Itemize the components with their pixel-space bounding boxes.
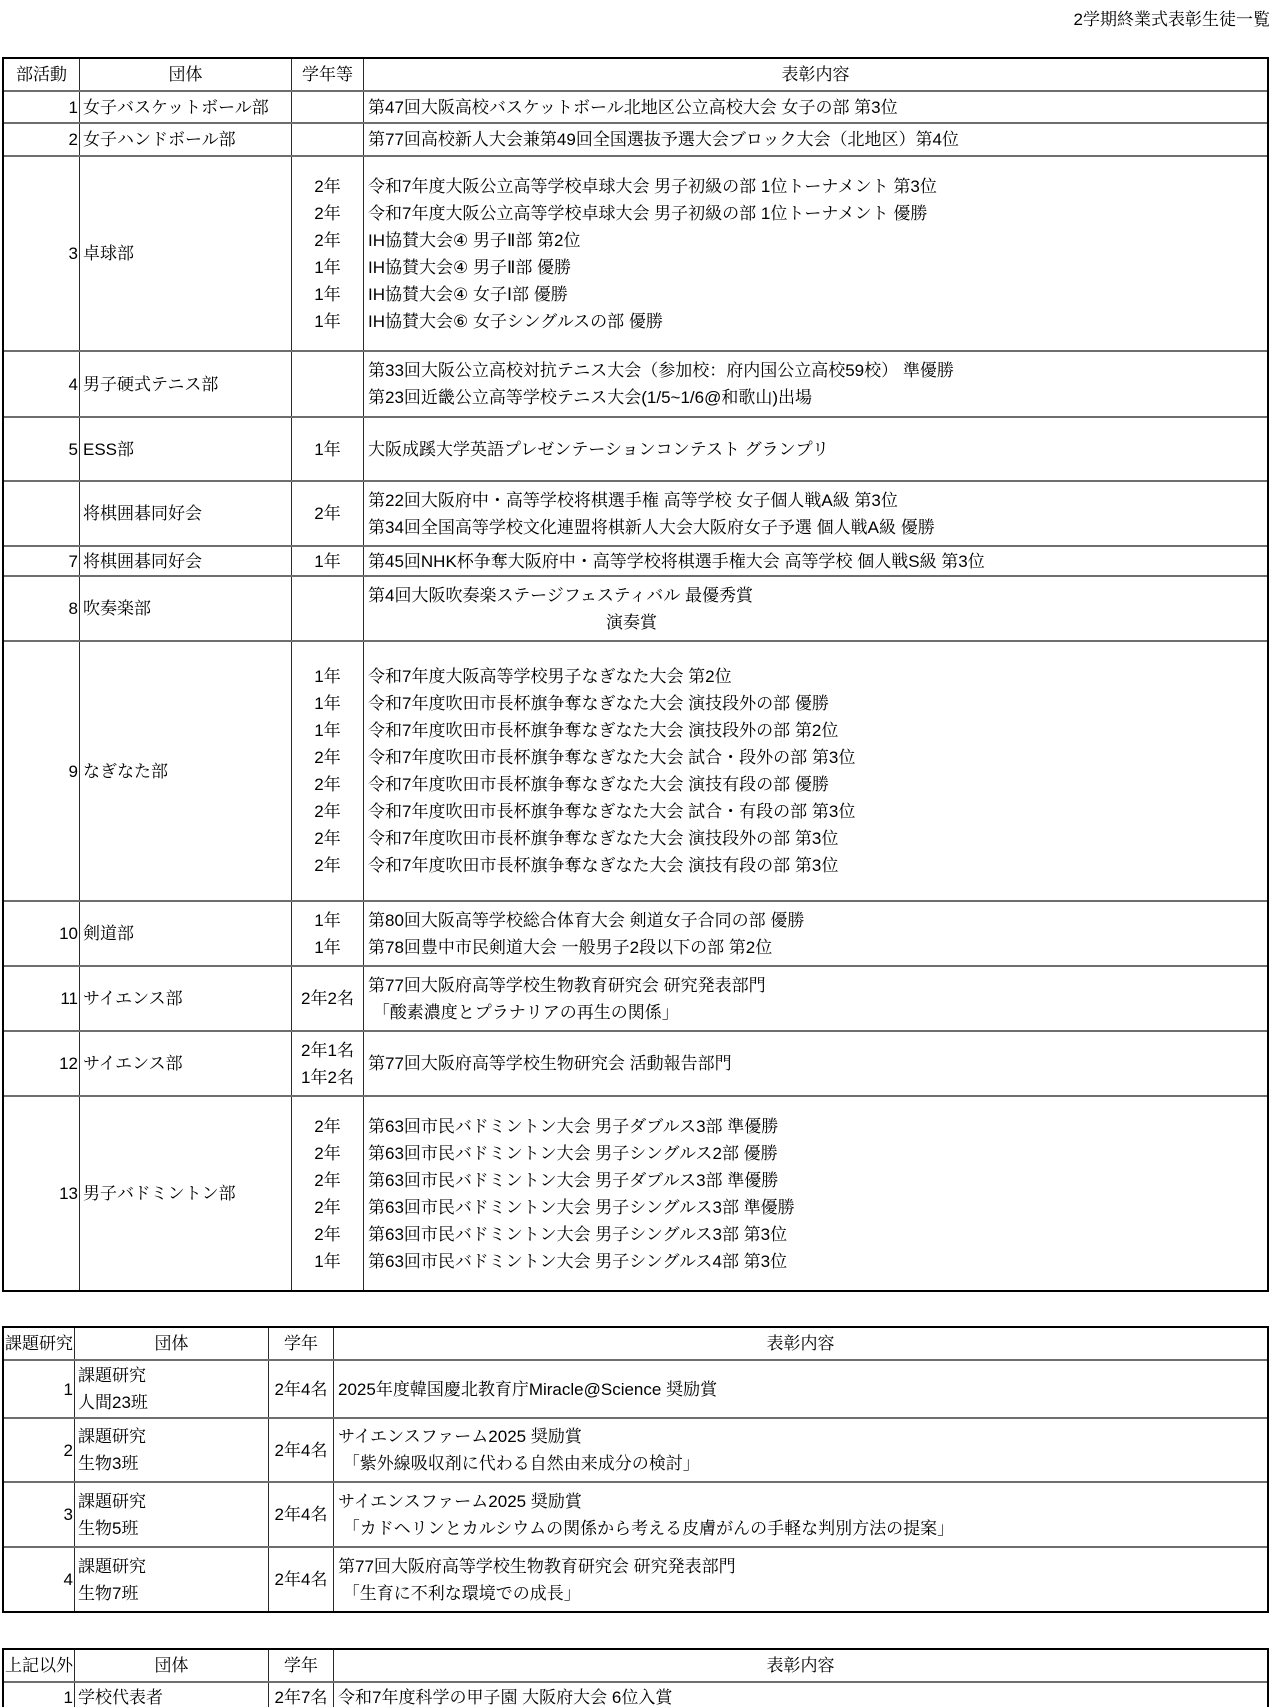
content-cell: 第33回大阪公立高校対抗テニス大会（参加校：府内国公立高校59校） 準優勝第23… — [363, 352, 1267, 416]
content-cell: 令和7年度大阪高等学校男子なぎなた大会 第2位令和7年度吹田市長杯旗争奪なぎなた… — [363, 642, 1267, 900]
grade-cell: 1年1年1年2年2年2年2年2年 — [291, 642, 363, 900]
table-row: 4課題研究生物7班2年4名第77回大阪府高等学校生物教育研究会 研究発表部門 「… — [4, 1546, 1267, 1611]
grade-cell — [291, 124, 363, 155]
content-line: 「生育に不利な環境での成長」 — [338, 1580, 581, 1607]
row-number-cell: 12 — [4, 1032, 79, 1095]
content-cell: 第22回大阪府中・高等学校将棋選手権 高等学校 女子個人戦A級 第3位第34回全… — [363, 482, 1267, 545]
grade-line: 1年 — [314, 907, 340, 934]
grade-line: 2年2名 — [301, 985, 354, 1012]
grade-line: 1年 — [314, 934, 340, 961]
group-line: ESS部 — [83, 436, 134, 463]
content-line: 第63回市民バドミントン大会 男子シングルス2部 優勝 — [368, 1140, 778, 1167]
row-number: 10 — [59, 920, 78, 947]
row-number: 9 — [69, 758, 78, 785]
group-cell: 将棋囲碁同好会 — [79, 547, 291, 575]
row-number: 3 — [69, 240, 78, 267]
group-line: 人間23班 — [78, 1389, 148, 1416]
content-line: 演奏賞 — [368, 609, 657, 636]
table-row: 9なぎなた部1年1年1年2年2年2年2年2年令和7年度大阪高等学校男子なぎなた大… — [4, 640, 1267, 900]
column-header: 表彰内容 — [333, 1650, 1267, 1681]
group-cell: 課題研究人間23班 — [74, 1361, 268, 1417]
grade-line: 2年4名 — [275, 1376, 328, 1403]
table-row: 3卓球部2年2年2年1年1年1年令和7年度大阪公立高等学校卓球大会 男子初級の部… — [4, 155, 1267, 350]
content-line: 第63回市民バドミントン大会 男子ダブルス3部 準優勝 — [368, 1113, 778, 1140]
grade-line: 2年 — [314, 500, 340, 527]
header-row: 課題研究団体学年表彰内容 — [4, 1328, 1267, 1359]
content-line: IH協賛大会④ 男子Ⅱ部 優勝 — [368, 254, 571, 281]
grade-cell: 1年 — [291, 547, 363, 575]
row-number-cell: 3 — [4, 157, 79, 350]
content-cell: 第77回大阪府高等学校生物教育研究会 研究発表部門 「生育に不利な環境での成長」 — [333, 1548, 1267, 1611]
column-header: 表彰内容 — [333, 1328, 1267, 1359]
group-line: 生物5班 — [78, 1515, 138, 1542]
row-number-cell: 4 — [4, 1548, 74, 1611]
group-line: サイエンス部 — [83, 985, 183, 1012]
grade-line: 1年 — [314, 548, 340, 575]
content-cell: 2025年度韓国慶北教育庁Miracle@Science 奨励賞 — [333, 1361, 1267, 1417]
table-row: 13男子バドミントン部2年2年2年2年2年1年第63回市民バドミントン大会 男子… — [4, 1095, 1267, 1290]
content-cell: 第47回大阪高校バスケットボール北地区公立高校大会 女子の部 第3位 — [363, 92, 1267, 122]
group-cell: 課題研究生物7班 — [74, 1548, 268, 1611]
content-line: 第45回NHK杯争奪大阪府中・高等学校将棋選手権大会 高等学校 個人戦S級 第3… — [368, 548, 985, 575]
row-number-cell: 8 — [4, 577, 79, 640]
content-line: 大阪成蹊大学英語プレゼンテーションコンテスト グランプリ — [368, 436, 829, 463]
grade-line: 2年 — [314, 200, 340, 227]
row-number: 4 — [64, 1566, 73, 1593]
grade-cell — [291, 352, 363, 416]
group-cell: 学校代表者 — [74, 1683, 268, 1707]
table-row: 2課題研究生物3班2年4名サイエンスファーム2025 奨励賞 「紫外線吸収剤に代… — [4, 1417, 1267, 1481]
row-number-cell: 5 — [4, 418, 79, 480]
grade-cell: 2年2年2年2年2年1年 — [291, 1097, 363, 1290]
grade-cell: 2年2年2年1年1年1年 — [291, 157, 363, 350]
content-line: IH協賛大会④ 男子Ⅱ部 第2位 — [368, 227, 581, 254]
content-cell: 第45回NHK杯争奪大阪府中・高等学校将棋選手権大会 高等学校 個人戦S級 第3… — [363, 547, 1267, 575]
grade-line: 2年 — [314, 173, 340, 200]
row-number: 11 — [60, 985, 78, 1012]
content-line: 「紫外線吸収剤に代わる自然由来成分の検討」 — [338, 1450, 700, 1477]
group-line: 課題研究 — [78, 1488, 146, 1515]
content-cell: 第77回大阪府高等学校生物教育研究会 研究発表部門 「酸素濃度とプラナリアの再生… — [363, 967, 1267, 1030]
grade-line: 2年 — [314, 1113, 340, 1140]
content-line: 第63回市民バドミントン大会 男子シングルス4部 第3位 — [368, 1248, 787, 1275]
header-row: 上記以外団体学年表彰内容 — [4, 1650, 1267, 1681]
group-line: 学校代表者 — [78, 1684, 163, 1707]
group-line: 課題研究 — [78, 1362, 146, 1389]
content-line: 第23回近畿公立高等学校テニス大会(1/5~1/6@和歌山)出場 — [368, 384, 812, 411]
content-line: 第77回大阪府高等学校生物教育研究会 研究発表部門 — [338, 1553, 736, 1580]
grade-cell: 1年 — [291, 418, 363, 480]
row-number-cell — [4, 482, 79, 545]
grade-line: 2年 — [314, 744, 340, 771]
content-line: IH協賛大会⑥ 女子シングルスの部 優勝 — [368, 308, 663, 335]
content-cell: 第80回大阪高等学校総合体育大会 剣道女子合同の部 優勝第78回豊中市民剣道大会… — [363, 902, 1267, 965]
content-line: 令和7年度吹田市長杯旗争奪なぎなた大会 演技有段の部 優勝 — [368, 771, 829, 798]
content-line: 令和7年度大阪公立高等学校卓球大会 男子初級の部 1位トーナメント 優勝 — [368, 200, 927, 227]
grade-cell: 2年4名 — [268, 1419, 333, 1481]
content-line: 第77回大阪府高等学校生物教育研究会 研究発表部門 — [368, 972, 766, 999]
other-awards-table: 上記以外団体学年表彰内容1学校代表者2年7名令和7年度科学の甲子園 大阪府大会 … — [2, 1648, 1269, 1707]
content-line: 第77回大阪府高等学校生物研究会 活動報告部門 — [368, 1050, 732, 1077]
grade-line: 2年 — [314, 798, 340, 825]
page-title: 2学期終業式表彰生徒一覧 — [0, 0, 1280, 30]
group-line: 将棋囲碁同好会 — [83, 548, 202, 575]
group-cell: 課題研究生物5班 — [74, 1483, 268, 1546]
grade-cell: 2年4名 — [268, 1361, 333, 1417]
content-line: 第78回豊中市民剣道大会 一般男子2段以下の部 第2位 — [368, 934, 772, 961]
group-line: 女子バスケットボール部 — [83, 94, 269, 121]
table-row: 12サイエンス部2年1名1年2名第77回大阪府高等学校生物研究会 活動報告部門 — [4, 1030, 1267, 1095]
content-cell: サイエンスファーム2025 奨励賞 「紫外線吸収剤に代わる自然由来成分の検討」 — [333, 1419, 1267, 1481]
content-line: 2025年度韓国慶北教育庁Miracle@Science 奨励賞 — [338, 1376, 717, 1403]
content-line: 第33回大阪公立高校対抗テニス大会（参加校：府内国公立高校59校） 準優勝 — [368, 357, 954, 384]
group-line: 卓球部 — [83, 240, 134, 267]
table-row: 4男子硬式テニス部第33回大阪公立高校対抗テニス大会（参加校：府内国公立高校59… — [4, 350, 1267, 416]
row-number: 1 — [69, 94, 78, 121]
content-cell: 第77回高校新人大会兼第49回全国選抜予選大会ブロック大会（北地区）第4位 — [363, 124, 1267, 155]
content-line: 令和7年度科学の甲子園 大阪府大会 6位入賞 — [338, 1684, 672, 1707]
content-line: 「カドヘリンとカルシウムの関係から考える皮膚がんの手軽な判別方法の提案」 — [338, 1515, 954, 1542]
column-header: 表彰内容 — [363, 59, 1267, 90]
table-row: 10剣道部1年1年第80回大阪高等学校総合体育大会 剣道女子合同の部 優勝第78… — [4, 900, 1267, 965]
content-line: 第63回市民バドミントン大会 男子ダブルス3部 準優勝 — [368, 1167, 778, 1194]
row-number-cell: 9 — [4, 642, 79, 900]
header-row: 部活動団体学年等表彰内容 — [4, 59, 1267, 90]
content-line: サイエンスファーム2025 奨励賞 — [338, 1423, 582, 1450]
row-number: 7 — [69, 548, 78, 575]
grade-line: 1年 — [314, 436, 340, 463]
group-cell: 男子バドミントン部 — [79, 1097, 291, 1290]
grade-line: 2年1名 — [301, 1037, 354, 1064]
row-number: 8 — [69, 595, 78, 622]
column-header: 学年 — [268, 1650, 333, 1681]
column-header: 学年 — [268, 1328, 333, 1359]
group-cell: 課題研究生物3班 — [74, 1419, 268, 1481]
content-line: 第80回大阪高等学校総合体育大会 剣道女子合同の部 優勝 — [368, 907, 804, 934]
group-cell: 将棋囲碁同好会 — [79, 482, 291, 545]
group-cell: なぎなた部 — [79, 642, 291, 900]
row-number-cell: 1 — [4, 1361, 74, 1417]
row-number: 13 — [59, 1180, 78, 1207]
grade-line: 2年 — [314, 1221, 340, 1248]
row-number-cell: 4 — [4, 352, 79, 416]
content-line: 第4回大阪吹奏楽ステージフェスティバル 最優秀賞 — [368, 582, 753, 609]
grade-line: 1年 — [314, 281, 340, 308]
grade-line: 2年4名 — [275, 1437, 328, 1464]
grade-cell — [291, 577, 363, 640]
group-line: 生物7班 — [78, 1580, 138, 1607]
grade-line: 2年7名 — [275, 1684, 328, 1707]
column-header: 学年等 — [291, 59, 363, 90]
row-number: 3 — [64, 1501, 73, 1528]
row-number-cell: 1 — [4, 1683, 74, 1707]
grade-line: 1年 — [314, 717, 340, 744]
content-line: 令和7年度大阪高等学校男子なぎなた大会 第2位 — [368, 663, 732, 690]
table-row: 7将棋囲碁同好会1年第45回NHK杯争奪大阪府中・高等学校将棋選手権大会 高等学… — [4, 545, 1267, 575]
row-number-cell: 10 — [4, 902, 79, 965]
grade-line: 1年 — [314, 308, 340, 335]
content-line: 第77回高校新人大会兼第49回全国選抜予選大会ブロック大会（北地区）第4位 — [368, 126, 959, 153]
grade-line: 2年4名 — [275, 1566, 328, 1593]
grade-line: 1年 — [314, 690, 340, 717]
group-cell: 吹奏楽部 — [79, 577, 291, 640]
grade-line: 2年 — [314, 771, 340, 798]
group-line: なぎなた部 — [83, 758, 168, 785]
group-line: 生物3班 — [78, 1450, 138, 1477]
table-row: 3課題研究生物5班2年4名サイエンスファーム2025 奨励賞 「カドヘリンとカル… — [4, 1481, 1267, 1546]
row-number-cell: 7 — [4, 547, 79, 575]
content-cell: 第4回大阪吹奏楽ステージフェスティバル 最優秀賞 演奏賞 — [363, 577, 1267, 640]
grade-cell: 2年4名 — [268, 1548, 333, 1611]
row-number: 2 — [69, 126, 78, 153]
group-cell: 男子硬式テニス部 — [79, 352, 291, 416]
grade-cell — [291, 92, 363, 122]
table-row: 1学校代表者2年7名令和7年度科学の甲子園 大阪府大会 6位入賞 — [4, 1681, 1267, 1707]
column-header: 団体 — [74, 1650, 268, 1681]
column-header: 上記以外 — [4, 1650, 74, 1681]
content-cell: 大阪成蹊大学英語プレゼンテーションコンテスト グランプリ — [363, 418, 1267, 480]
row-number: 1 — [64, 1684, 73, 1707]
group-cell: サイエンス部 — [79, 967, 291, 1030]
row-number: 5 — [69, 436, 78, 463]
content-line: 令和7年度吹田市長杯旗争奪なぎなた大会 演技段外の部 優勝 — [368, 690, 829, 717]
row-number-cell: 1 — [4, 92, 79, 122]
grade-line: 2年 — [314, 825, 340, 852]
grade-line: 2年4名 — [275, 1501, 328, 1528]
grade-cell: 2年2名 — [291, 967, 363, 1030]
content-line: 令和7年度吹田市長杯旗争奪なぎなた大会 試合・段外の部 第3位 — [368, 744, 855, 771]
row-number-cell: 3 — [4, 1483, 74, 1546]
group-line: 男子バドミントン部 — [83, 1180, 236, 1207]
group-cell: 女子バスケットボール部 — [79, 92, 291, 122]
grade-line: 2年 — [314, 852, 340, 879]
group-line: 課題研究 — [78, 1423, 146, 1450]
content-line: 令和7年度吹田市長杯旗争奪なぎなた大会 試合・有段の部 第3位 — [368, 798, 855, 825]
row-number: 2 — [64, 1437, 73, 1464]
content-line: 第63回市民バドミントン大会 男子シングルス3部 第3位 — [368, 1221, 787, 1248]
table-row: 5ESS部1年大阪成蹊大学英語プレゼンテーションコンテスト グランプリ — [4, 416, 1267, 480]
grade-line: 1年 — [314, 663, 340, 690]
content-line: 第34回全国高等学校文化連盟将棋新人大会大阪府女子予選 個人戦A級 優勝 — [368, 514, 935, 541]
content-cell: 第77回大阪府高等学校生物研究会 活動報告部門 — [363, 1032, 1267, 1095]
row-number-cell: 13 — [4, 1097, 79, 1290]
grade-line: 2年 — [314, 227, 340, 254]
content-cell: 令和7年度大阪公立高等学校卓球大会 男子初級の部 1位トーナメント 第3位令和7… — [363, 157, 1267, 350]
group-line: 将棋囲碁同好会 — [83, 500, 202, 527]
content-cell: 第63回市民バドミントン大会 男子ダブルス3部 準優勝第63回市民バドミントン大… — [363, 1097, 1267, 1290]
content-cell: サイエンスファーム2025 奨励賞 「カドヘリンとカルシウムの関係から考える皮膚… — [333, 1483, 1267, 1546]
table-row: 1課題研究人間23班2年4名2025年度韓国慶北教育庁Miracle@Scien… — [4, 1359, 1267, 1417]
table-row: 11サイエンス部2年2名第77回大阪府高等学校生物教育研究会 研究発表部門 「酸… — [4, 965, 1267, 1030]
grade-line: 1年 — [314, 1248, 340, 1275]
grade-line: 2年 — [314, 1167, 340, 1194]
content-line: 令和7年度大阪公立高等学校卓球大会 男子初級の部 1位トーナメント 第3位 — [368, 173, 937, 200]
row-number-cell: 2 — [4, 1419, 74, 1481]
grade-cell: 2年4名 — [268, 1483, 333, 1546]
content-line: 第63回市民バドミントン大会 男子シングルス3部 準優勝 — [368, 1194, 795, 1221]
group-line: 課題研究 — [78, 1553, 146, 1580]
row-number-cell: 2 — [4, 124, 79, 155]
column-header: 団体 — [74, 1328, 268, 1359]
content-line: IH協賛大会④ 女子Ⅰ部 優勝 — [368, 281, 568, 308]
content-line: サイエンスファーム2025 奨励賞 — [338, 1488, 582, 1515]
content-line: 令和7年度吹田市長杯旗争奪なぎなた大会 演技段外の部 第3位 — [368, 825, 838, 852]
content-line: 令和7年度吹田市長杯旗争奪なぎなた大会 演技段外の部 第2位 — [368, 717, 838, 744]
grade-cell: 2年 — [291, 482, 363, 545]
group-line: 男子硬式テニス部 — [83, 371, 218, 398]
group-line: 女子ハンドボール部 — [83, 126, 236, 153]
grade-line: 2年 — [314, 1194, 340, 1221]
group-line: 吹奏楽部 — [83, 595, 151, 622]
content-cell: 令和7年度科学の甲子園 大阪府大会 6位入賞 — [333, 1683, 1267, 1707]
group-cell: サイエンス部 — [79, 1032, 291, 1095]
club-awards-table: 部活動団体学年等表彰内容1女子バスケットボール部第47回大阪高校バスケットボール… — [2, 57, 1269, 1292]
content-line: 「酸素濃度とプラナリアの再生の関係」 — [368, 999, 679, 1026]
content-line: 令和7年度吹田市長杯旗争奪なぎなた大会 演技有段の部 第3位 — [368, 852, 838, 879]
grade-cell: 1年1年 — [291, 902, 363, 965]
row-number: 4 — [69, 371, 78, 398]
group-line: サイエンス部 — [83, 1050, 183, 1077]
grade-cell: 2年1名1年2名 — [291, 1032, 363, 1095]
grade-line: 1年 — [314, 254, 340, 281]
table-row: 将棋囲碁同好会2年第22回大阪府中・高等学校将棋選手権 高等学校 女子個人戦A級… — [4, 480, 1267, 545]
group-cell: 女子ハンドボール部 — [79, 124, 291, 155]
row-number-cell: 11 — [4, 967, 79, 1030]
group-cell: 卓球部 — [79, 157, 291, 350]
grade-cell: 2年7名 — [268, 1683, 333, 1707]
group-cell: 剣道部 — [79, 902, 291, 965]
group-line: 剣道部 — [83, 920, 134, 947]
row-number: 1 — [64, 1376, 73, 1403]
group-cell: ESS部 — [79, 418, 291, 480]
research-awards-table: 課題研究団体学年表彰内容1課題研究人間23班2年4名2025年度韓国慶北教育庁M… — [2, 1326, 1269, 1613]
column-header: 部活動 — [4, 59, 79, 90]
content-line: 第22回大阪府中・高等学校将棋選手権 高等学校 女子個人戦A級 第3位 — [368, 487, 898, 514]
table-row: 1女子バスケットボール部第47回大阪高校バスケットボール北地区公立高校大会 女子… — [4, 90, 1267, 122]
grade-line: 2年 — [314, 1140, 340, 1167]
table-row: 2女子ハンドボール部第77回高校新人大会兼第49回全国選抜予選大会ブロック大会（… — [4, 122, 1267, 155]
row-number: 12 — [59, 1050, 78, 1077]
grade-line: 1年2名 — [301, 1064, 354, 1091]
content-line: 第47回大阪高校バスケットボール北地区公立高校大会 女子の部 第3位 — [368, 94, 898, 121]
column-header: 団体 — [79, 59, 291, 90]
column-header: 課題研究 — [4, 1328, 74, 1359]
table-row: 8吹奏楽部第4回大阪吹奏楽ステージフェスティバル 最優秀賞 演奏賞 — [4, 575, 1267, 640]
